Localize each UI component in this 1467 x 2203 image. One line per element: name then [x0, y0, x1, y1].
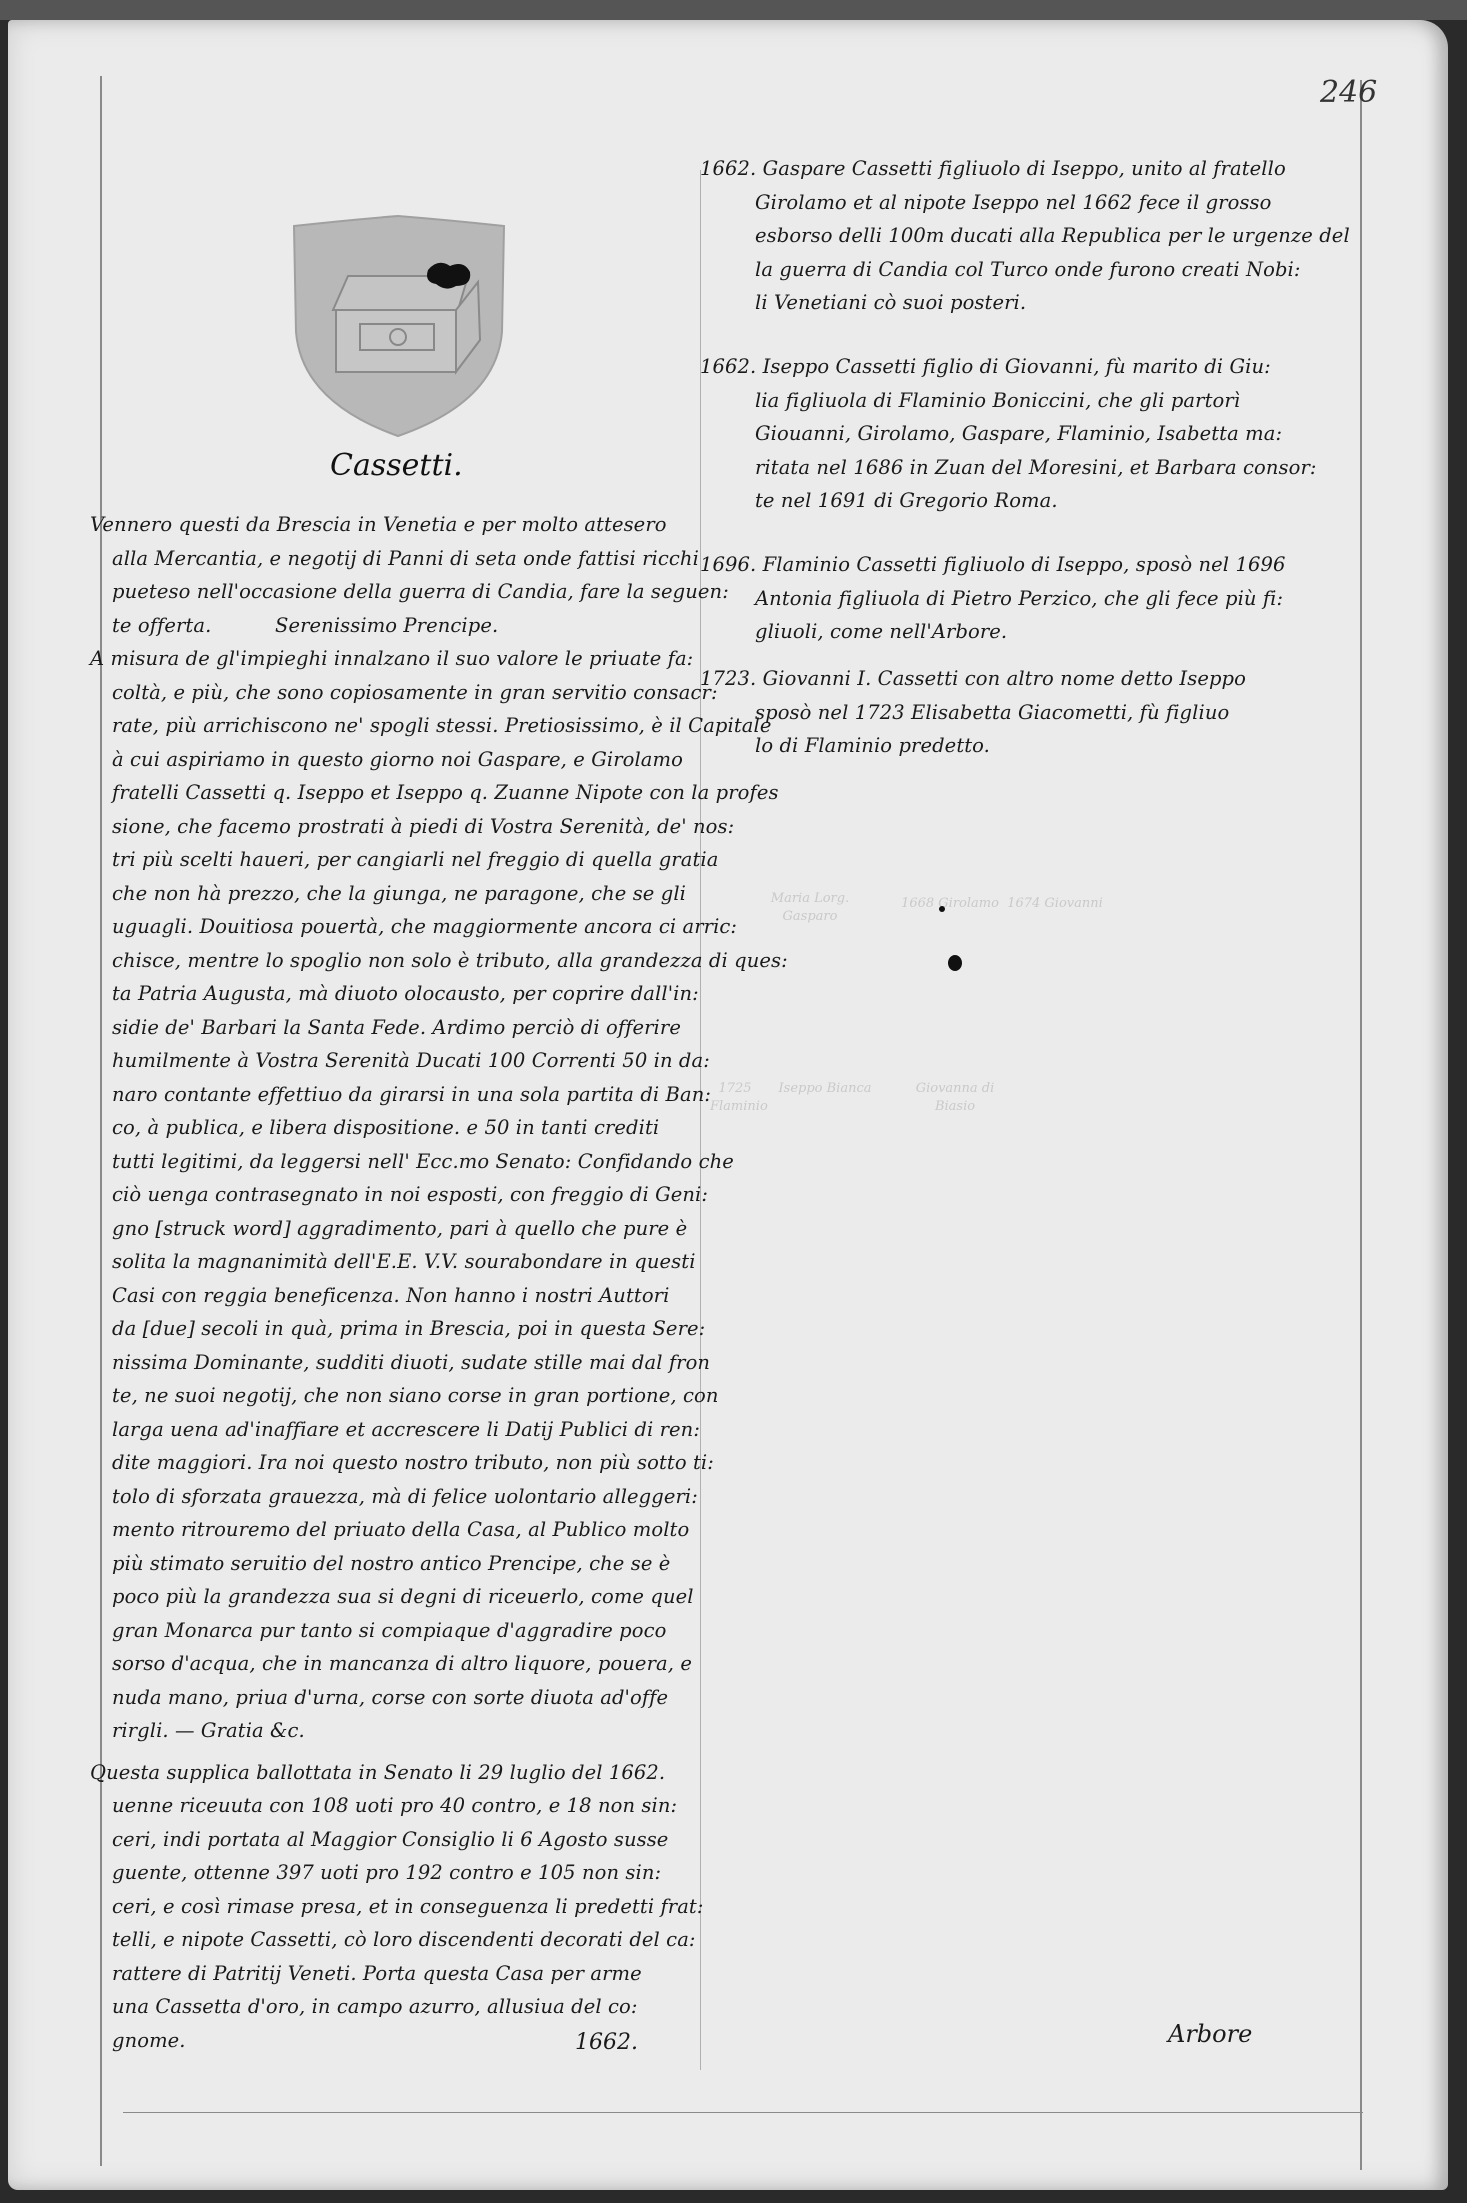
- text-line: te, ne suoi negotij, che non siano corse…: [90, 1379, 695, 1413]
- text-line: telli, e nipote Cassetti, cò loro discen…: [90, 1923, 695, 1957]
- text-line: 1696. Flaminio Cassetti figliuolo di Ise…: [700, 548, 1340, 582]
- text-line: ritata nel 1686 in Zuan del Moresini, et…: [700, 451, 1340, 485]
- text-line: Girolamo et al nipote Iseppo nel 1662 fe…: [700, 186, 1340, 220]
- bleed-through-text: 1668 Girolamo: [900, 895, 1000, 913]
- text-line: larga uena ad'inaffiare et accrescere li…: [90, 1413, 695, 1447]
- text-line: li Venetiani cò suoi posteri.: [700, 286, 1340, 320]
- coat-of-arms-icon: [288, 212, 510, 438]
- text-line: A misura de gl'impieghi innalzano il suo…: [90, 642, 695, 676]
- text-line: te nel 1691 di Gregorio Roma.: [700, 484, 1340, 518]
- text-line: 1723. Giovanni I. Cassetti con altro nom…: [700, 662, 1340, 696]
- text-line: uenne riceuuta con 108 uoti pro 40 contr…: [90, 1789, 695, 1823]
- bleed-through-text: Maria Lorg. Gasparo: [760, 890, 860, 926]
- text-line: nissima Dominante, sudditi diuoti, sudat…: [90, 1346, 695, 1380]
- text-line: ceri, indi portata al Maggior Consiglio …: [90, 1823, 695, 1857]
- ink-blot: [948, 955, 962, 971]
- text-line: humilmente à Vostra Serenità Ducati 100 …: [90, 1044, 695, 1078]
- petition-paragraph: A misura de gl'impieghi innalzano il suo…: [90, 642, 695, 1748]
- bleed-through-text: Giovanna di Biasio: [900, 1080, 1010, 1116]
- text-line: dite maggiori. Ira noi questo nostro tri…: [90, 1446, 695, 1480]
- text-line: lia figliuola di Flaminio Boniccini, che…: [700, 384, 1340, 418]
- text-line: tolo di sforzata grauezza, mà di felice …: [90, 1480, 695, 1514]
- text-line: ceri, e così rimase presa, et in consegu…: [90, 1890, 695, 1924]
- folio-number: 246: [1320, 75, 1377, 110]
- genealogy-entry-giovanni: 1723. Giovanni I. Cassetti con altro nom…: [700, 662, 1340, 763]
- text-line: Questa supplica ballottata in Senato li …: [90, 1756, 695, 1790]
- text-line: sposò nel 1723 Elisabetta Giacometti, fù…: [700, 696, 1340, 730]
- text-line: à cui aspiriamo in questo giorno noi Gas…: [90, 743, 695, 777]
- text-line: alla Mercantia, e negotij di Panni di se…: [90, 542, 695, 576]
- text-line: poco più la grandezza sua si degni di ri…: [90, 1580, 695, 1614]
- text-line: una Cassetta d'oro, in campo azurro, all…: [90, 1990, 695, 2024]
- text-line: rate, più arrichiscono ne' spogli stessi…: [90, 709, 695, 743]
- text-line: guente, ottenne 397 uoti pro 192 contro …: [90, 1856, 695, 1890]
- text-line: tri più scelti haueri, per cangiarli nel…: [90, 843, 695, 877]
- text-line: chisce, mentre lo spoglio non solo è tri…: [90, 944, 695, 978]
- text-line: rattere di Patritij Veneti. Porta questa…: [90, 1957, 695, 1991]
- text-line: solita la magnanimità dell'E.E. V.V. sou…: [90, 1245, 695, 1279]
- family-name: Cassetti.: [330, 448, 463, 483]
- footer-arbore-label: Arbore: [1168, 2020, 1252, 2048]
- text-line: la guerra di Candia col Turco onde furon…: [700, 253, 1340, 287]
- text-line: gno [struck word] aggradimento, pari à q…: [90, 1212, 695, 1246]
- text-line: rirgli. — Gratia &c.: [90, 1714, 695, 1748]
- text-line: Antonia figliuola di Pietro Perzico, che…: [700, 582, 1340, 616]
- text-line: più stimato seruitio del nostro antico P…: [90, 1547, 695, 1581]
- text-line: Casi con reggia beneficenza. Non hanno i…: [90, 1279, 695, 1313]
- text-line: gliuoli, come nell'Arbore.: [700, 615, 1340, 649]
- text-line: coltà, e più, che sono copiosamente in g…: [90, 676, 695, 710]
- text-line: Giouanni, Girolamo, Gaspare, Flaminio, I…: [700, 417, 1340, 451]
- bottom-rule: [123, 2112, 1363, 2113]
- genealogy-entry-iseppo: 1662. Iseppo Cassetti figlio di Giovanni…: [700, 350, 1340, 518]
- bleed-through-text: Iseppo Bianca: [770, 1080, 880, 1098]
- text-line: da [due] secoli in quà, prima in Brescia…: [90, 1312, 695, 1346]
- bleed-through-text: 1674 Giovanni: [1000, 895, 1110, 913]
- text-line: lo di Flaminio predetto.: [700, 729, 1340, 763]
- text-line: 1662. Iseppo Cassetti figlio di Giovanni…: [700, 350, 1340, 384]
- text-line: ciò uenga contrasegnato in noi esposti, …: [90, 1178, 695, 1212]
- scan-top-edge: [0, 0, 1467, 20]
- text-line: esborso delli 100m ducati alla Republica…: [700, 219, 1340, 253]
- text-line: sidie de' Barbari la Santa Fede. Ardimo …: [90, 1011, 695, 1045]
- text-line: sorso d'acqua, che in mancanza di altro …: [90, 1647, 695, 1681]
- text-line: uguagli. Douitiosa pouertà, che maggiorm…: [90, 910, 695, 944]
- footer-date: 1662.: [575, 2030, 638, 2055]
- genealogy-entry-gaspare: 1662. Gaspare Cassetti figliuolo di Isep…: [700, 152, 1340, 320]
- bleed-through-text: 1725 Flaminio: [710, 1080, 760, 1116]
- text-line: che non hà prezzo, che la giunga, ne par…: [90, 877, 695, 911]
- ink-spot: [939, 906, 945, 912]
- text-line: tutti legitimi, da leggersi nell' Ecc.mo…: [90, 1145, 695, 1179]
- text-line: naro contante effettiuo da girarsi in un…: [90, 1078, 695, 1112]
- text-line: sione, che facemo prostrati à piedi di V…: [90, 810, 695, 844]
- text-line: ta Patria Augusta, mà diuoto olocausto, …: [90, 977, 695, 1011]
- text-line: mento ritrouremo del priuato della Casa,…: [90, 1513, 695, 1547]
- text-line: 1662. Gaspare Cassetti figliuolo di Isep…: [700, 152, 1340, 186]
- resolution-paragraph: Questa supplica ballottata in Senato li …: [90, 1756, 695, 2058]
- genealogy-entry-flaminio: 1696. Flaminio Cassetti figliuolo di Ise…: [700, 548, 1340, 649]
- margin-rule-right: [1360, 80, 1362, 2170]
- petition-column: Vennero questi da Brescia in Venetia e p…: [90, 508, 695, 2057]
- text-line: fratelli Cassetti q. Iseppo et Iseppo q.…: [90, 776, 695, 810]
- text-line: gran Monarca pur tanto si compiaque d'ag…: [90, 1614, 695, 1648]
- text-line: pueteso nell'occasione della guerra di C…: [90, 575, 695, 609]
- text-line: Vennero questi da Brescia in Venetia e p…: [90, 508, 695, 542]
- text-line: nuda mano, priua d'urna, corse con sorte…: [90, 1681, 695, 1715]
- text-line: co, à publica, e libera dispositione. e …: [90, 1111, 695, 1145]
